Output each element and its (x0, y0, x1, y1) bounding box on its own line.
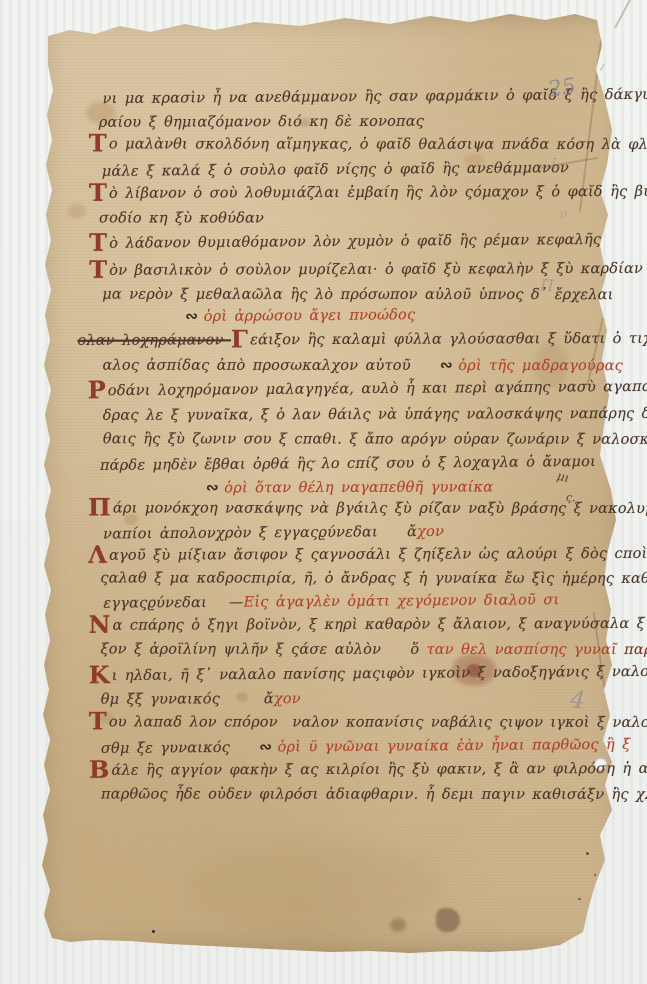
text-line: σοδίο κη ξὺ κοθύδαν (99, 209, 264, 227)
scanned-manuscript: νι μα κρασὶν ἦ να ανεθάμμανον ἢς σαν φαρ… (0, 0, 647, 984)
rubric-text: ὁρὶ ἀρρώσου ἄγει πνοώδος (204, 307, 416, 325)
ink-text: αγοῦ ξὺ μίξιαν ἄσιφον ξ ςαγνοσάλι ξ ζηίξ… (109, 546, 647, 564)
rubric-text: χον (417, 524, 444, 540)
ink-text: ὸν βασιλικὸν ὁ σοὺλον μυρίζελαι· ὁ φαῐδ … (109, 260, 647, 278)
text-line: ολαν λοχηράμανον Γεάιξον ἢς καλαμὶ φύλλα… (77, 329, 647, 349)
text-line: εγγαςϱύνεδαι —Εἰς ἀγαγλὲν ὁμάτι χεγόμενο… (103, 591, 559, 613)
text-line: θμ ξξ γυναικός ἄχον (101, 690, 301, 709)
ink-text: σθμ ξε γυναικός (101, 740, 260, 757)
page-number: 25 (546, 74, 577, 103)
text-line: μάλε ξ καλά ξ ὁ σοὺλο φαῐδ νίςης ὁ φαῐδ … (102, 159, 569, 181)
text-line: πάρδε μηδὲν ἔβθαι ὀρθά ἢς λο ϲπίζ σου ὁ … (100, 453, 596, 475)
ink-text: παρθῶος ἦδε οὐδεν φιλρόσι ἀδιαφθαριν. ἦ … (101, 786, 647, 803)
rubric-initial: Ν (88, 610, 110, 639)
ink-text: σοδίο κη ξὺ κοθύδαν (99, 210, 264, 226)
paragraph-mark: ∾ (259, 738, 277, 756)
ink-text: μάλε ξ καλά ξ ὁ σοὺλο φαῐδ νίςης ὁ φαῐδ … (102, 160, 569, 180)
text-line: ραίου ξ θημιαζόμανον διό κη δὲ κονοπας (99, 113, 424, 132)
paragraph-mark: ∾ (185, 307, 203, 325)
pencil-mark-2: L (551, 156, 561, 172)
ink-text: ξον ξ ἀροϊλίνη ψιλῆν ξ ςάσε αὐλὸν ὅ (101, 642, 427, 658)
ink-text: ου λαπαδ λον ϲπόρον ναλον κοπανίσις ναβά… (109, 714, 647, 731)
ink-text: θμ ξξ γυναικός ἄ (101, 691, 274, 708)
text-block: νι μα κρασὶν ἦ να ανεθάμμανον ἢς σαν φαρ… (0, 0, 647, 984)
rubric-heading: ∾ ὁρὶ ἀρρώσου ἄγει πνοώδος (185, 305, 415, 326)
text-line: ςαλαθ ξ μα καδροϲπιρία, ῆ, ὁ ἄνδρας ξ ἡ … (100, 569, 647, 588)
text-line: Πάρι μονόκχοη νασκάψης νὰ βγάιλς ξὺ ρίζα… (88, 499, 647, 518)
ink-text: α ϲπάρης ὁ ξηγι βοϊνὸν, ξ κηρὶ καθαρὸν ξ… (113, 615, 647, 633)
rubric-initial: Τ (89, 128, 107, 157)
ink-text: Γ (231, 324, 248, 353)
text-line: αλος ἀσπίδας ἀπὸ προσωκαλχον αὐτοῦ ∾ ὁρὶ… (103, 356, 623, 375)
ink-text: αλος ἀσπίδας ἀπὸ προσωκαλχον αὐτοῦ (103, 358, 440, 374)
rubric-heading: ∾ ὁρὶ ὅταν θέλη ναγαπεθθῆ γυναίκα (206, 477, 493, 497)
rubric-initial: Ρ (88, 375, 106, 404)
rubric-text: Εἰς ἀγαγλὲν ὁμάτι χεγόμενον διαλοῦ σι (244, 592, 560, 610)
rubric-initial: Λ (88, 540, 107, 569)
pencil-mark-4: 4 (569, 685, 587, 714)
ink-text: ὸ λίβανον ὁ σοὺ λοθυμιάζλαι ἐμβαίη ἢς λὸ… (109, 183, 647, 201)
text-line: Ροδάνι λοχηρόμανον μαλαγηγέα, αυλὸ ἦ και… (88, 377, 647, 400)
paragraph-mark: ∾ (440, 356, 458, 374)
text-line: μα νερὸν ξ μεθαλαῶλα ἢς λὸ πρόσωπον αὐλο… (102, 286, 613, 304)
ink-text: ι ηλδαι, ῆ ξ᾽ ναλαλο πανίσης μαςιφὸν ιγκ… (112, 663, 647, 684)
ink-text: παρθῶ (624, 642, 647, 658)
text-line: θαις ἢς ξὺ ζωνιν σου ξ ϲπαθι. ξ ἄπο αρόγ… (103, 430, 647, 449)
text-line: Βάλε ἢς αγγίον φακὴν ξ ας κιλρίοι ἢς ξὺ … (89, 760, 647, 780)
pencil-mark-3: ρ (560, 206, 567, 220)
text-line: Λαγοῦ ξὺ μίξιαν ἄσιφον ξ ςαγνοσάλι ξ ζηί… (88, 545, 647, 565)
text-line: ναπίοι ἀπολονχρὸν ξ εγγαςϱύνεδαι ἄχον (103, 523, 444, 544)
ink-jot-2: ς. (565, 491, 576, 505)
rubric-initial: Τ (89, 228, 107, 257)
ink-text: οδάνι λοχηρόμανον μαλαγηγέα, αυλὸ ἦ και … (108, 378, 647, 399)
pencil-mark-pi: Π (540, 276, 555, 295)
ink-text: ςαλαθ ξ μα καδροϲπιρία, ῆ, ὁ ἄνδρας ξ ἡ … (100, 570, 647, 587)
rubric-initial: Τ (89, 706, 107, 735)
rubric-text: ὁρὶ τῆς μαδραγούρας (458, 358, 623, 374)
text-line: Να ϲπάρης ὁ ξηγι βοϊνὸν, ξ κηρὶ καθαρὸν … (88, 614, 647, 634)
rubric-initial: Π (88, 492, 111, 521)
text-line: ξον ξ ἀροϊλίνη ψιλῆν ξ ςάσε αὐλὸν ὅ ταν … (101, 641, 647, 660)
text-line: Το μαλὰνθι σκολδόνη αἵμηγκας, ὁ φαῐδ θαλ… (89, 135, 647, 154)
text-line: παρθῶος ἦδε οὐδεν φιλρόσι ἀδιαφθαριν. ἦ … (101, 785, 647, 804)
rubric-text: ταν θελ νασπίσης γυναῖ (427, 642, 625, 658)
ink-text: εγγαςϱύνεδαι (103, 595, 229, 612)
ink-text: πάρδε μηδὲν ἔβθαι ὀρθά ἢς λο ϲπίζ σου ὁ … (100, 454, 596, 474)
ink-text: δρας λε ξ γυναῖκα, ξ ὁ λαν θάιλς νὰ ὑπάγ… (103, 406, 647, 424)
ink-text: ναπίοι ἀπολονχρὸν ξ εγγαςϱύνεδαι ἄ (103, 524, 417, 542)
ink-text: ο μαλὰνθι σκολδόνη αἵμηγκας, ὁ φαῐδ θαλά… (109, 136, 647, 153)
ink-text: ραίου ξ θημιαζόμανον διό κη δὲ κονοπας (99, 114, 424, 131)
text-line: Τὸν βασιλικὸν ὁ σοὺλον μυρίζελαι· ὁ φαῐδ… (89, 259, 647, 279)
rubric-initial: Τ (89, 178, 107, 207)
ink-text: ολαν λοχηράμανον (77, 332, 230, 349)
text-line: Κι ηλδαι, ῆ ξ᾽ ναλαλο πανίσης μαςιφὸν ιγ… (89, 662, 647, 685)
rubric-text: χον (274, 691, 301, 707)
rubric-initial: Β (89, 755, 110, 784)
text-line: Τὸ λίβανον ὁ σοὺ λοθυμιάζλαι ἐμβαίη ἢς λ… (89, 182, 647, 202)
rubric-initial: Κ (89, 660, 110, 689)
text-line: σθμ ξε γυναικός ∾ ὁρὶ ϋ γνῶναι γυναίκα ἐ… (101, 735, 631, 758)
ink-text: — (229, 595, 244, 611)
ink-text: άλε ἢς αγγίον φακὴν ξ ας κιλρίοι ἢς ξὺ φ… (111, 761, 647, 779)
paragraph-mark: ∾ (206, 478, 224, 496)
rubric-initial: Τ (89, 255, 107, 284)
rubric-text: ὁρὶ ϋ γνῶναι γυναίκα ἐὰν ἦναι παρθῶος ἢ … (278, 737, 631, 756)
ink-text: εάιξον ἢς καλαμὶ φύλλα γλούσασθαι ξ ὕδατ… (250, 330, 647, 348)
ink-text: θαις ἢς ξὺ ζωνιν σου ξ ϲπαθι. ξ ἄπο αρόγ… (103, 431, 647, 448)
ink-text: ὸ λάδανον θυμιαθόμανον λὸν χυμὸν ὁ φαῐδ … (109, 232, 601, 252)
text-line: Τὸ λάδανον θυμιαθόμανον λὸν χυμὸν ὁ φαῐδ… (89, 231, 601, 253)
text-line: δρας λε ξ γυναῖκα, ξ ὁ λαν θάιλς νὰ ὑπάγ… (103, 405, 647, 425)
text-line: Του λαπαδ λον ϲπόρον ναλον κοπανίσις ναβ… (89, 713, 647, 732)
rubric-text: ὁρὶ ὅταν θέλη ναγαπεθθῆ γυναίκα (224, 479, 493, 496)
ink-text: μα νερὸν ξ μεθαλαῶλα ἢς λὸ πρόσωπον αὐλο… (102, 287, 613, 303)
